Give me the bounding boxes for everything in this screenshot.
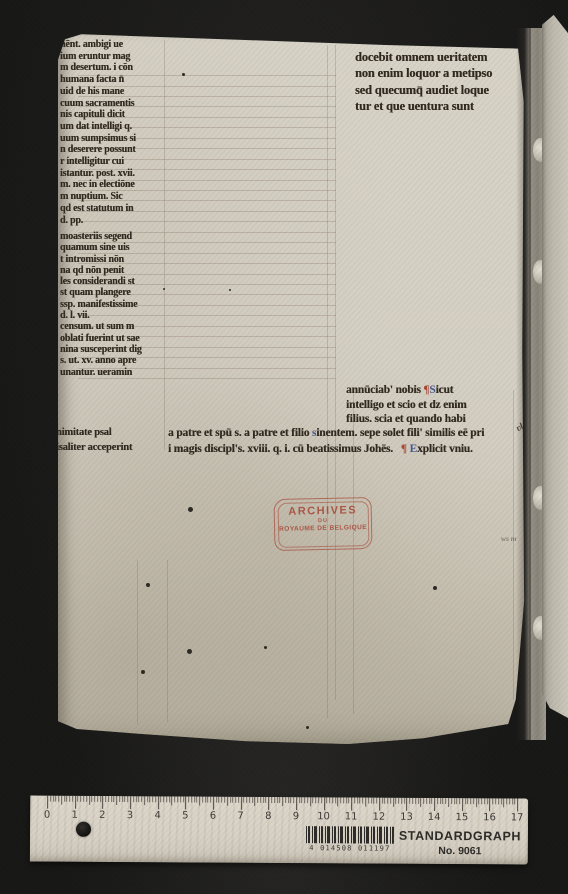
marginal-pen-mark: ws m bbox=[501, 534, 517, 543]
ruler-tick bbox=[304, 797, 305, 803]
ruler-tick bbox=[476, 798, 477, 807]
ruler-tick bbox=[268, 797, 269, 810]
ruler-tick bbox=[326, 797, 327, 803]
ruler-tick bbox=[64, 796, 65, 802]
manuscript-text-line: na qd nōn penit bbox=[60, 265, 142, 276]
ruler-tick bbox=[58, 796, 59, 802]
ruler-tick bbox=[426, 798, 427, 804]
manuscript-text-line: t intromissi nōn bbox=[60, 254, 142, 265]
speck bbox=[433, 586, 437, 590]
manuscript-text-line: non enim loquor a metipso bbox=[355, 65, 492, 81]
ruler-tick bbox=[161, 796, 162, 802]
manuscript-text-line: sed quecumq̄ audiet loque bbox=[355, 82, 492, 98]
speck bbox=[188, 507, 193, 512]
ruler-tick bbox=[249, 797, 250, 803]
ruler-tick bbox=[61, 796, 62, 805]
manuscript-text-line: oblati fuerint ut sae bbox=[60, 333, 142, 344]
ruler-number: 3 bbox=[127, 810, 133, 821]
ruler-tick bbox=[470, 798, 471, 804]
ruler-tick bbox=[431, 798, 432, 804]
ruler-tick bbox=[127, 796, 128, 802]
ruler-tick bbox=[509, 798, 510, 804]
ruler-tick bbox=[382, 798, 383, 804]
ruler-tick bbox=[78, 796, 79, 802]
ruler-tick bbox=[343, 797, 344, 803]
speck bbox=[163, 288, 165, 290]
ruler-tick bbox=[368, 798, 369, 804]
ruler-tick bbox=[393, 798, 394, 807]
ruler-tick bbox=[420, 798, 421, 807]
ruler-hole bbox=[76, 822, 91, 837]
manuscript-text-line: nimitate psal bbox=[56, 426, 132, 441]
ruler-tick bbox=[313, 797, 314, 803]
ruler-tick bbox=[495, 798, 496, 804]
ruler-tick bbox=[67, 796, 68, 802]
ruler-tick bbox=[346, 797, 347, 803]
ruler-number: 12 bbox=[372, 812, 385, 823]
ruler-tick bbox=[213, 797, 214, 810]
ruler-tick bbox=[108, 796, 109, 802]
ruler-tick bbox=[307, 797, 308, 803]
ruler-tick bbox=[102, 796, 103, 809]
ruler-tick bbox=[210, 797, 211, 803]
manuscript-text-line: nis capituli dicit bbox=[60, 109, 136, 121]
ruler-tick bbox=[114, 796, 115, 802]
ruler-tick bbox=[72, 796, 73, 802]
stamp-line-archives: ARCHIVES bbox=[274, 504, 372, 518]
stamp-text: ARCHIVES DU ROYAUME DE BELGIQUE bbox=[273, 497, 372, 551]
ruling-line bbox=[78, 378, 336, 379]
ruler-tick bbox=[199, 797, 200, 806]
ruler-number: 14 bbox=[428, 812, 441, 823]
ruler-tick bbox=[271, 797, 272, 803]
book-cover-edge bbox=[542, 12, 568, 718]
ruler-tick bbox=[69, 796, 70, 802]
ruler-tick bbox=[97, 796, 98, 802]
speck bbox=[141, 670, 145, 674]
ruler-tick bbox=[456, 798, 457, 804]
ruler-branding: STANDARDGRAPH No. 9061 bbox=[375, 829, 545, 858]
ruler-tick bbox=[492, 798, 493, 804]
manuscript-text-line: nēnt. ambigi ue bbox=[60, 39, 136, 51]
ruler-number: 15 bbox=[455, 812, 468, 823]
ruler-tick bbox=[299, 797, 300, 803]
ruler-tick bbox=[451, 798, 452, 804]
stamp-line-royaume: ROYAUME DE BELGIQUE bbox=[274, 524, 372, 533]
ruler-number: 17 bbox=[511, 812, 524, 823]
manuscript-text-line: unantur. ueramin bbox=[60, 367, 142, 378]
ruler-tick bbox=[373, 798, 374, 804]
ruler-tick bbox=[180, 796, 181, 802]
speck bbox=[187, 649, 192, 654]
ruler-tick bbox=[274, 797, 275, 803]
ruler-tick bbox=[324, 797, 325, 810]
ruler-tick bbox=[354, 797, 355, 803]
ruler-tick bbox=[230, 797, 231, 803]
text-block-left-top: nēnt. ambigi ueium eruntur magm desertum… bbox=[60, 39, 136, 226]
ruler-tick bbox=[166, 796, 167, 802]
ruler-tick bbox=[149, 796, 150, 802]
ruler-tick bbox=[454, 798, 455, 804]
ruler-tick bbox=[487, 798, 488, 804]
ruler-tick bbox=[390, 798, 391, 804]
manuscript-text-line: istantur. post. xvii. bbox=[60, 168, 136, 180]
ruler-tick bbox=[116, 796, 117, 805]
ruler-tick bbox=[47, 796, 48, 809]
manuscript-page: nēnt. ambigi ueium eruntur magm desertum… bbox=[58, 30, 526, 744]
manuscript-text-line: censum. ut sum m bbox=[60, 321, 142, 332]
ruler-tick bbox=[133, 796, 134, 802]
manuscript-text-line: nina susceperint dig bbox=[60, 344, 142, 355]
manuscript-text-line: n deserere possunt bbox=[60, 144, 136, 156]
ruler-tick bbox=[53, 796, 54, 802]
ruler-tick bbox=[478, 798, 479, 804]
ruler-tick bbox=[404, 798, 405, 804]
ruler-number: 4 bbox=[154, 810, 160, 821]
ruler-tick bbox=[481, 798, 482, 804]
ruler-tick bbox=[332, 797, 333, 803]
ruler-tick bbox=[415, 798, 416, 804]
ruler-tick bbox=[80, 796, 81, 802]
ruler-tick bbox=[437, 798, 438, 804]
text-block-left-second: moasteriis segendquamum sine uist introm… bbox=[60, 231, 142, 378]
ruler-tick bbox=[398, 798, 399, 804]
ruler-tick bbox=[155, 796, 156, 802]
ruler-tick bbox=[122, 796, 123, 802]
ruler-tick bbox=[517, 798, 518, 811]
text-block-right-middle: annūciab' nobis ¶Sicutintelligo et scio … bbox=[346, 383, 467, 427]
ruler-tick bbox=[144, 796, 145, 805]
ruler-tick bbox=[138, 796, 139, 802]
ruler-tick bbox=[94, 796, 95, 802]
ruler-tick bbox=[263, 797, 264, 803]
ruler-number: 0 bbox=[44, 810, 50, 821]
manuscript-text-line: ium eruntur mag bbox=[60, 51, 136, 63]
ruler-tick bbox=[503, 798, 504, 807]
ruler-tick bbox=[351, 797, 352, 810]
manuscript-text-line: cuum sacramentis bbox=[60, 98, 136, 110]
ruler-number: 2 bbox=[99, 810, 105, 821]
ruler-tick bbox=[462, 798, 463, 811]
ruler-tick bbox=[409, 798, 410, 804]
ruler-tick bbox=[448, 798, 449, 807]
manuscript-text-line: tur et que uentura sunt bbox=[355, 98, 492, 114]
ruler-tick bbox=[202, 797, 203, 803]
ruler-number: 11 bbox=[345, 811, 358, 822]
ruler-tick bbox=[337, 797, 338, 806]
manuscript-text-line: ssp. manifestissime bbox=[60, 299, 142, 310]
manuscript-text-line: les considerandi st bbox=[60, 276, 142, 287]
ruler-tick bbox=[473, 798, 474, 804]
ruler-tick bbox=[501, 798, 502, 804]
ruler-tick bbox=[512, 798, 513, 804]
ruler: 01234567891011121314151617 4 014508 0111… bbox=[30, 795, 528, 864]
ruler-tick bbox=[285, 797, 286, 803]
ruler-tick bbox=[158, 796, 159, 809]
ruler-tick bbox=[141, 796, 142, 802]
ruling-line bbox=[335, 45, 336, 700]
ruler-tick bbox=[514, 798, 515, 804]
ruling-line bbox=[164, 40, 165, 450]
ruler-tick bbox=[172, 796, 173, 805]
ruler-tick bbox=[238, 797, 239, 803]
text-block-right-top: docebit omnem ueritatemnon enim loquor a… bbox=[355, 49, 492, 115]
ruler-tick bbox=[379, 798, 380, 811]
ruler-tick bbox=[321, 797, 322, 803]
ruler-tick bbox=[163, 796, 164, 802]
speck bbox=[146, 583, 150, 587]
ruler-tick bbox=[55, 796, 56, 802]
ruler-tick bbox=[412, 798, 413, 804]
manuscript-text-line: m. nec in electiōne bbox=[60, 179, 136, 191]
ruler-tick bbox=[498, 798, 499, 804]
ruler-tick bbox=[221, 797, 222, 803]
ruler-tick bbox=[335, 797, 336, 803]
ruler-tick bbox=[282, 797, 283, 806]
ruler-tick bbox=[315, 797, 316, 803]
ruler-tick bbox=[318, 797, 319, 803]
ruler-tick bbox=[75, 796, 76, 809]
manuscript-text-line: d. l. vii. bbox=[60, 310, 142, 321]
book-gutter bbox=[516, 28, 546, 740]
ruler-tick bbox=[465, 798, 466, 804]
ruler-tick bbox=[290, 797, 291, 803]
manuscript-text-line: uum sumpsimus si bbox=[60, 133, 136, 145]
ruler-tick bbox=[196, 796, 197, 802]
ruler-tick bbox=[349, 797, 350, 803]
ruler-tick bbox=[288, 797, 289, 803]
manuscript-text-line: m nuptium. Sic bbox=[60, 191, 136, 203]
manuscript-text-line: isaliter acceperint bbox=[56, 441, 132, 456]
ruler-tick bbox=[396, 798, 397, 804]
ruler-tick bbox=[279, 797, 280, 803]
ruler-tick bbox=[235, 797, 236, 803]
ruler-number: 8 bbox=[265, 811, 271, 822]
ruler-tick bbox=[440, 798, 441, 804]
manuscript-text-line: r intelligitur cui bbox=[60, 156, 136, 168]
text-block-left-stub: nimitate psalisaliter acceperint bbox=[56, 426, 132, 455]
ruler-tick bbox=[443, 798, 444, 804]
ruler-tick bbox=[111, 796, 112, 802]
ruler-tick bbox=[252, 797, 253, 803]
ruler-tick bbox=[401, 798, 402, 804]
ruler-tick bbox=[467, 798, 468, 804]
ruler-tick bbox=[266, 797, 267, 803]
ruler-tick bbox=[243, 797, 244, 803]
ruler-number: 9 bbox=[293, 811, 299, 822]
ruler-tick bbox=[445, 798, 446, 804]
ruler-tick bbox=[89, 796, 90, 805]
ruler-tick bbox=[302, 797, 303, 803]
ruler-tick bbox=[91, 796, 92, 802]
ruler-number: 16 bbox=[483, 812, 496, 823]
ruler-tick bbox=[83, 796, 84, 802]
ruler-tick bbox=[169, 796, 170, 802]
ruler-tick bbox=[340, 797, 341, 803]
ruler-tick bbox=[130, 796, 131, 809]
ruler-tick bbox=[329, 797, 330, 803]
ruler-tick bbox=[100, 796, 101, 802]
ruling-line bbox=[167, 560, 168, 722]
ruler-tick bbox=[227, 797, 228, 806]
ruler-tick bbox=[293, 797, 294, 803]
ruler-tick bbox=[183, 796, 184, 802]
ruler-tick bbox=[224, 797, 225, 803]
ruler-tick bbox=[429, 798, 430, 804]
ruler-tick bbox=[255, 797, 256, 806]
ruler-tick bbox=[459, 798, 460, 804]
ruler-tick bbox=[371, 798, 372, 804]
ruler-tick bbox=[219, 797, 220, 803]
ruler-tick bbox=[418, 798, 419, 804]
ruler-tick bbox=[365, 798, 366, 807]
ruler-tick bbox=[246, 797, 247, 803]
ruler-tick bbox=[105, 796, 106, 802]
ruler-tick bbox=[152, 796, 153, 802]
ruler-number: 6 bbox=[210, 811, 216, 822]
ruler-tick bbox=[136, 796, 137, 802]
manuscript-text-line: intelligo et scio et dz enim bbox=[346, 398, 467, 413]
manuscript-text-line: annūciab' nobis ¶Sicut bbox=[346, 383, 467, 398]
ruler-tick bbox=[241, 797, 242, 810]
manuscript-text-line: i magis discipl's. xviii. q. i. cū beati… bbox=[168, 442, 484, 458]
ruler-tick bbox=[147, 796, 148, 802]
manuscript-text-line: d. pp. bbox=[60, 215, 136, 227]
ruler-tick bbox=[194, 796, 195, 802]
ruler-tick bbox=[257, 797, 258, 803]
text-block-bottom: a patre et spū s. a patre et filio sinen… bbox=[168, 426, 484, 457]
ruler-tick bbox=[434, 798, 435, 811]
ruler-tick bbox=[50, 796, 51, 802]
ruler-tick bbox=[205, 797, 206, 803]
ruler-tick bbox=[188, 796, 189, 802]
ruler-tick bbox=[362, 798, 363, 804]
ruler-tick bbox=[387, 798, 388, 804]
ruler-brand-name: STANDARDGRAPH bbox=[375, 829, 545, 844]
ruler-tick bbox=[177, 796, 178, 802]
manuscript-text-line: um dat intelligi q. bbox=[60, 121, 136, 133]
manuscript-text-line: uid de his mane bbox=[60, 86, 136, 98]
ruler-tick bbox=[232, 797, 233, 803]
ruler-tick bbox=[277, 797, 278, 803]
ruling-line bbox=[327, 45, 328, 718]
manuscript-text-line: quamum sine uis bbox=[60, 242, 142, 253]
ruler-tick bbox=[484, 798, 485, 804]
ruler-tick bbox=[216, 797, 217, 803]
ruler-tick bbox=[407, 798, 408, 811]
ruler-number: 10 bbox=[317, 811, 330, 822]
ruler-model-number: No. 9061 bbox=[375, 845, 545, 858]
ruler-tick bbox=[423, 798, 424, 804]
manuscript-text-line: m desertum. i cōn bbox=[60, 62, 136, 74]
manuscript-text-line: docebit omnem ueritatem bbox=[355, 49, 492, 65]
ruler-tick bbox=[506, 798, 507, 804]
speck bbox=[182, 73, 185, 76]
manuscript-text-line: a patre et spū s. a patre et filio sinen… bbox=[168, 426, 484, 442]
speck bbox=[264, 646, 267, 649]
ruler-number: 7 bbox=[237, 811, 243, 822]
ruler-tick bbox=[191, 796, 192, 802]
ruler-tick bbox=[86, 796, 87, 802]
archives-stamp: ARCHIVES DU ROYAUME DE BELGIQUE bbox=[273, 497, 372, 551]
ruler-tick bbox=[185, 796, 186, 809]
ruler-tick bbox=[174, 796, 175, 802]
ruler-tick bbox=[310, 797, 311, 806]
manuscript-text-line: humana facta n̄ bbox=[60, 74, 136, 86]
ruling-line bbox=[513, 390, 514, 700]
manuscript-text-line: s. ut. xv. anno apre bbox=[60, 355, 142, 366]
ruler-number: 13 bbox=[400, 812, 413, 823]
ruler-tick bbox=[357, 797, 358, 803]
ruling-line bbox=[137, 560, 138, 725]
speck bbox=[229, 289, 231, 291]
ruler-tick bbox=[384, 798, 385, 804]
manuscript-text-line: moasteriis segend bbox=[60, 231, 142, 242]
ruler-tick bbox=[490, 798, 491, 811]
ruler-tick bbox=[376, 798, 377, 804]
ruler-tick bbox=[119, 796, 120, 802]
ruler-number: 5 bbox=[182, 810, 188, 821]
ruler-tick bbox=[208, 797, 209, 803]
ruler-tick bbox=[260, 797, 261, 803]
speck bbox=[306, 726, 309, 729]
ruler-tick bbox=[125, 796, 126, 802]
ruler-number: 1 bbox=[71, 810, 77, 821]
manuscript-text-line: filius. scia et quando habi bbox=[346, 412, 467, 427]
manuscript-text-line: qd est statutum in bbox=[60, 203, 136, 215]
manuscript-text-line: st quam plangere bbox=[60, 287, 142, 298]
ruler-tick bbox=[360, 797, 361, 803]
photo-scene: nēnt. ambigi ueium eruntur magm desertum… bbox=[0, 0, 568, 894]
ruler-tick bbox=[296, 797, 297, 810]
